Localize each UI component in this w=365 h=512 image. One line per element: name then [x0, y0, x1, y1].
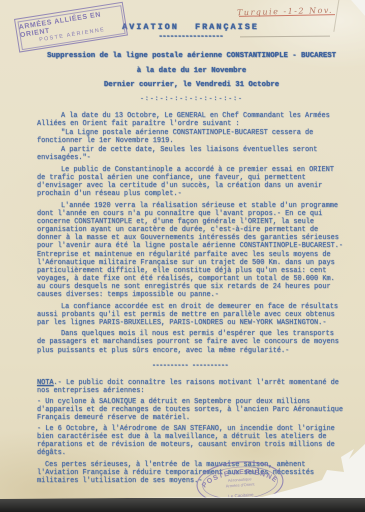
photo-background-strip	[0, 498, 365, 512]
paragraph-future-transport: Dans quelques mois il nous est permis d'…	[37, 330, 343, 354]
section-divider: ---------- ----------	[37, 362, 343, 370]
paragraph-order-intro: A la date du 13 Octobre, Le GENERAL en C…	[37, 112, 343, 128]
subject-line-3: Dernier courrier, le Vendredi 31 Octobre	[36, 81, 347, 89]
oval-stamp-line-2: Armées d'Orient	[226, 481, 256, 488]
document-photo: AVIATION FRANÇAISE ----------------- Sup…	[0, 0, 365, 512]
paragraph-quote-1: "La Ligne postale aérienne CONSTANTINOPL…	[37, 129, 343, 145]
subject-line-1: Suppression de la ligne postale aérienne…	[36, 52, 347, 60]
nota-section: NOTA.- Le public doit connaître les rais…	[37, 379, 343, 485]
ornament-divider: -:-:-:-:-:-:-:-:-:-:-	[36, 95, 347, 102]
nota-label: NOTA	[37, 379, 54, 387]
subject-line-2: à la date du 1er Novembre	[36, 67, 347, 75]
paragraph-comparison-lines: La confiance accordée est en droit de de…	[37, 303, 343, 327]
nota-item-fire: - Le 6 Octobre, à l'Aérodrome de SAN STE…	[37, 425, 343, 457]
letter-paper: AVIATION FRANÇAISE ----------------- Sup…	[0, 0, 365, 512]
nota-closing: Ces pertes sérieuses, à l'entrée de la m…	[37, 461, 343, 485]
nota-intro: NOTA.- Le public doit connaître les rais…	[37, 379, 343, 395]
nota-item-cyclone: - Un cyclone à SALONIQUE a détruit en Se…	[37, 398, 343, 422]
paragraph-public-confidence: Le public de Constantinople a accordé à …	[37, 166, 343, 198]
nota-intro-text: .- Le public doit connaître les raisons …	[37, 379, 339, 395]
allied-armies-stamp: ARMÉES ALLIÉES EN ORIENT POSTE AÉRIENNE	[14, 2, 128, 53]
allied-armies-stamp-inner: ARMÉES ALLIÉES EN ORIENT POSTE AÉRIENNE	[17, 5, 125, 50]
paragraph-quote-2: A partir de cette date, Seules les liais…	[37, 146, 343, 162]
subject-block: Suppression de la ligne postale aérienne…	[36, 52, 347, 102]
document-body: A la date du 13 Octobre, Le GENERAL en C…	[37, 112, 343, 488]
paragraph-1920-program: L'année 1920 verra la réalisation sérieu…	[37, 202, 343, 299]
